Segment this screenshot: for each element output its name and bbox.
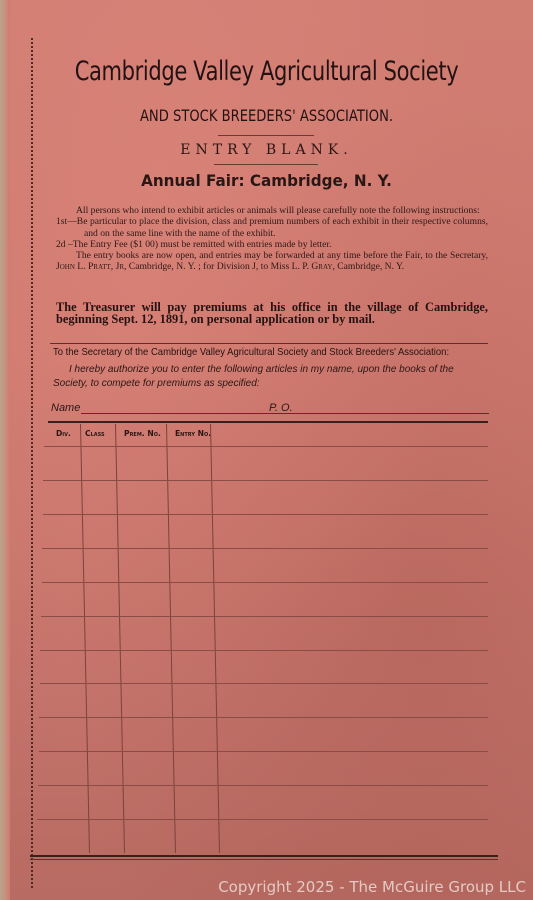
treasurer-notice: The Treasurer will pay premiums at his o… <box>56 302 488 326</box>
association-subtitle: AND STOCK BREEDERS' ASSOCIATION. <box>48 106 485 125</box>
paper-edge <box>0 0 10 900</box>
authorization-text: I hereby authorize you to enter the foll… <box>53 363 489 391</box>
column-header-div: Div. <box>56 429 71 438</box>
society-title: Cambridge Valley Agricultural Society <box>59 56 475 87</box>
section-divider <box>50 343 488 344</box>
po-field[interactable] <box>297 413 489 414</box>
name-label: Name <box>51 402 80 414</box>
table-row[interactable] <box>41 616 488 617</box>
table-row[interactable] <box>39 717 488 718</box>
table-row[interactable] <box>43 480 488 481</box>
table-bottom-rule-thin <box>30 859 498 860</box>
instructions-block: All persons who intend to exhibit articl… <box>56 205 488 273</box>
table-row[interactable] <box>42 582 488 583</box>
table-row[interactable] <box>38 785 488 786</box>
table-row[interactable] <box>39 751 488 752</box>
table-row[interactable] <box>42 548 488 549</box>
addressee-line: To the Secretary of the Cambridge Valley… <box>53 347 462 358</box>
division-j-contact: L. P. Gray <box>292 261 333 272</box>
table-row[interactable] <box>40 650 488 651</box>
event-heading: Annual Fair: Cambridge, N. Y. <box>13 171 519 190</box>
perforation-line <box>31 38 33 888</box>
title-divider <box>218 135 314 136</box>
column-header-prem-no: Prem. No. <box>124 429 161 438</box>
name-po-row: Name P. O. <box>51 400 489 416</box>
table-row[interactable] <box>44 446 488 447</box>
form-name-divider <box>214 164 318 165</box>
table-row[interactable] <box>43 514 488 515</box>
column-header-entry-no: Entry No. <box>175 429 211 438</box>
table-row[interactable] <box>40 683 488 684</box>
table-bottom-rule <box>30 855 498 857</box>
instructions-intro: All persons who intend to exhibit articl… <box>56 205 488 216</box>
copyright-watermark: Copyright 2025 - The McGuire Group LLC <box>218 878 526 896</box>
entry-books-notice: The entry books are now open, and entrie… <box>56 250 488 273</box>
column-header-class: Class <box>85 429 105 438</box>
instruction-item: 1st—Be particular to place the division,… <box>56 216 488 239</box>
instruction-item: 2d –The Entry Fee ($1 00) must be remitt… <box>56 239 488 250</box>
po-label: P. O. <box>269 402 293 414</box>
table-row[interactable] <box>37 819 488 820</box>
form-name: ENTRY BLANK. <box>0 142 533 158</box>
secretary-name: John L. Pratt, Jr <box>56 261 124 272</box>
table-top-rule <box>48 421 488 423</box>
